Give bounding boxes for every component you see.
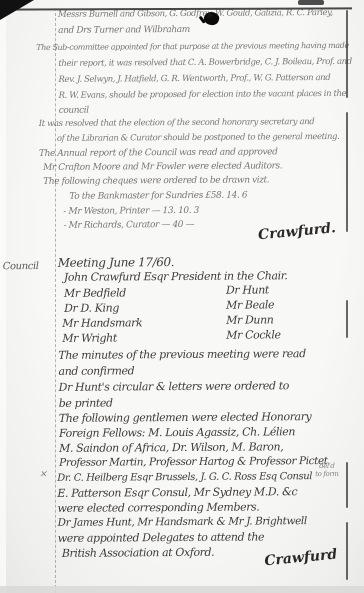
- handwritten-line: To the Bankmaster for Sundries £58. 14. …: [69, 192, 247, 203]
- handwritten-line: Rev. J. Selwyn, J. Hatfield, G. R. Wentw…: [58, 74, 330, 85]
- handwritten-line: R. W. Evans, should be proposed for elec…: [59, 90, 347, 101]
- handwritten-line: The Sub-committee appointed for that pur…: [36, 42, 349, 53]
- handwritten-line: - Mr Weston, Printer — 13. 10. 3: [63, 207, 199, 218]
- handwriting-layer: Messrs Burnell and Gibson, G. Godfrey, W…: [0, 0, 364, 593]
- handwritten-line: Meeting June 17/60.: [58, 256, 174, 270]
- margin-mark: ✕: [39, 471, 46, 481]
- margin-note: to form: [315, 471, 338, 479]
- handwritten-line: The following gentlemen were elected Hon…: [59, 411, 312, 425]
- handwritten-line: Professor Martin, Professor Hartog & Pro…: [59, 456, 327, 469]
- handwritten-line: E. Patterson Esqr Consul, Mr Sydney M.D.…: [57, 486, 297, 500]
- page-bottom-edge: [0, 586, 364, 593]
- handwritten-line: Mr Dunn: [226, 314, 273, 326]
- handwritten-line: Mr Cockle: [226, 329, 280, 341]
- handwritten-line: and Drs Turner and Wilbraham: [58, 26, 190, 37]
- signature-crawfurd: Crawfurd: [264, 548, 338, 570]
- handwritten-line: It was resolved that the election of the…: [39, 118, 315, 129]
- handwritten-line: and confirmed: [58, 365, 134, 378]
- handwritten-line: Mr Beale: [226, 299, 274, 311]
- handwritten-line: Dr James Hunt, Mr Handsmark & Mr J. Brig…: [58, 516, 307, 529]
- handwritten-line: Dr D. King: [64, 302, 119, 314]
- handwritten-line: Foreign Fellows: M. Louis Agassiz, Ch. L…: [59, 426, 295, 440]
- handwritten-line: Mr Handsmark: [62, 317, 142, 330]
- handwritten-line: Mr Bedfield: [64, 287, 126, 300]
- handwritten-line: The following cheques were ordered to be…: [43, 176, 269, 187]
- scanned-minutes-page: Messrs Burnell and Gibson, G. Godfrey, W…: [0, 0, 364, 593]
- handwritten-line: British Association at Oxford.: [62, 547, 215, 560]
- handwritten-line: were elected corresponding Members.: [57, 501, 259, 515]
- handwritten-line: were appointed Delegates to attend the: [58, 531, 265, 545]
- handwritten-line: - Mr Richards, Curator — 40 —: [63, 221, 194, 232]
- handwritten-line: be printed: [59, 397, 113, 409]
- handwritten-line: M. Saindon of Africa, Dr. Wilson, M. Bar…: [59, 441, 283, 455]
- signature-crawfurd: Crawfurd.: [258, 221, 337, 244]
- handwritten-line: The Annual report of the Council was rea…: [39, 148, 278, 160]
- handwritten-line: The minutes of the previous meeting were…: [58, 348, 305, 362]
- handwritten-line: Mr Wright: [62, 332, 117, 344]
- handwritten-line: Mr Crafton Moore and Mr Fowler were elec…: [43, 162, 282, 174]
- handwritten-line: their report, it was resolved that C. A.…: [58, 58, 351, 69]
- handwritten-line: Dr Hunt: [226, 284, 269, 296]
- handwritten-line: John Crawfurd Esqr President in the Chai…: [64, 270, 288, 284]
- margin-label: Council: [3, 261, 39, 272]
- handwritten-line: council: [59, 107, 89, 117]
- handwritten-line: Dr Hunt's circular & letters were ordere…: [59, 380, 289, 394]
- handwritten-line: Dr. C. Heilberg Esqr Brussels, J. G. C. …: [57, 471, 312, 484]
- handwritten-line: of the Librarian & Curator should be pos…: [57, 133, 340, 144]
- handwritten-line: Messrs Burnell and Gibson, G. Godfrey, W…: [58, 9, 333, 20]
